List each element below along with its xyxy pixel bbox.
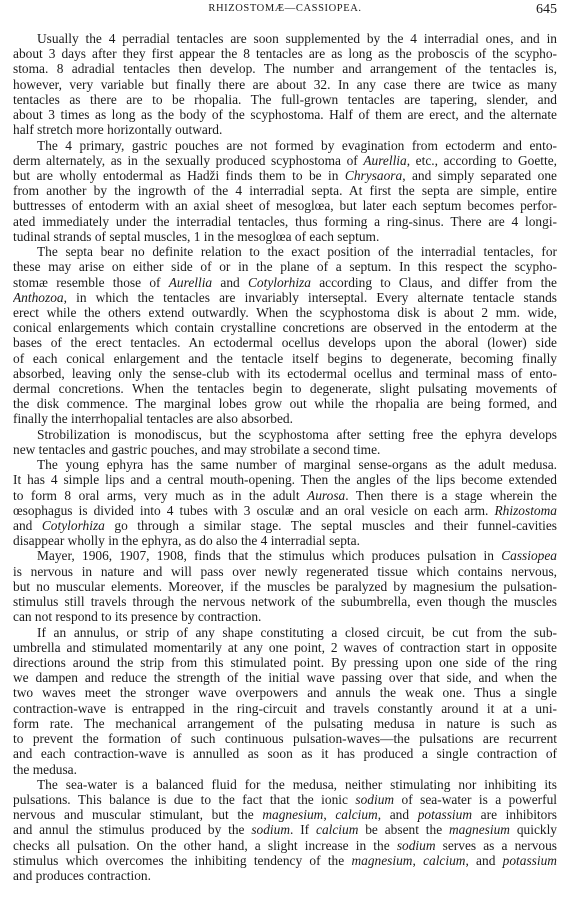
- text-run: of each conical enlargement and the tent…: [13, 351, 557, 366]
- text-line: pulsations. This balance is due to the f…: [13, 792, 557, 807]
- italic-term: potassium: [503, 853, 557, 868]
- italic-term: Aurellia: [363, 153, 406, 168]
- italic-term: sodium: [397, 838, 436, 853]
- text-line: of each conical enlargement and the tent…: [13, 351, 557, 366]
- text-run: half stretch more horizontally outward.: [13, 122, 222, 137]
- text-run: tentacles as there are to be rhopalia. T…: [13, 92, 557, 107]
- text-run: The sea-water is a balanced fluid for th…: [37, 777, 557, 792]
- text-run: serves as a nervous: [436, 838, 557, 853]
- text-run: finally the interrhopalial tentacles are…: [13, 411, 293, 426]
- text-line: stimulus which overcomes the inhibiting …: [13, 853, 557, 868]
- text-run: , and simply separated one: [402, 168, 557, 183]
- text-line: is nervous in nature and will pass over …: [13, 564, 557, 579]
- italic-term: Anthozoa: [13, 290, 64, 305]
- text-run: is nervous in nature and will pass over …: [13, 564, 557, 579]
- text-run: . If: [290, 822, 316, 837]
- text-line: œsophagus is divided into 4 tubes with 3…: [13, 503, 557, 518]
- text-run: Mayer, 1906, 1907, 1908, finds that the …: [37, 548, 501, 563]
- page-body: Usually the 4 perradial tentacles are so…: [13, 31, 557, 883]
- text-run: If an annulus, or strip of any shape con…: [37, 625, 557, 640]
- text-line: bases of the erect tentacles. An ectoder…: [13, 335, 557, 350]
- text-line: erect while the others extend outwardly.…: [13, 305, 557, 320]
- text-run: to form 8 oral arms, very much as in the…: [13, 488, 307, 503]
- text-run: can not respond to its presence by contr…: [13, 609, 261, 624]
- text-line: but are wholly entodermal as Hadži finds…: [13, 168, 557, 183]
- text-run: Usually the 4 perradial tentacles are so…: [37, 31, 557, 46]
- text-line: derm alternately, as in the sexually pro…: [13, 153, 557, 168]
- italic-term: magnesium: [449, 822, 510, 837]
- italic-term: Rhizostoma: [495, 503, 558, 518]
- text-run: and annul the stimulus produced by the: [13, 822, 251, 837]
- text-run: from another by the ingrowth of the 4 in…: [13, 183, 557, 198]
- text-run: according to Claus, and differ from the: [311, 275, 557, 290]
- text-line: tentacles as there are to be rhopalia. T…: [13, 92, 557, 107]
- text-line: The septa bear no definite relation to t…: [13, 244, 557, 259]
- text-line: about 3 times as long as the body of the…: [13, 107, 557, 122]
- text-line: but no muscular elements. Moreover, if t…: [13, 579, 557, 594]
- text-run: ,: [412, 853, 423, 868]
- text-run: tudinal strands of septal muscles, 1 in …: [13, 229, 379, 244]
- text-line: nervous and muscular stimulant, but the …: [13, 807, 557, 822]
- page-header: RHIZOSTOMÆ—CASSIOPEA. 645: [0, 3, 570, 19]
- text-run: contraction-wave is entrapped in the rin…: [13, 701, 557, 716]
- text-run: about 3 days after they first appear the…: [13, 46, 557, 61]
- text-run: buttresses of entoderm with an axial she…: [13, 198, 557, 213]
- running-head: RHIZOSTOMÆ—CASSIOPEA.: [0, 3, 570, 14]
- paragraph: If an annulus, or strip of any shape con…: [13, 625, 557, 777]
- text-run: erect while the others extend outwardly.…: [13, 305, 557, 320]
- text-run: The 4 primary, gastric pouches are not f…: [37, 138, 557, 153]
- text-run: and produces contraction.: [13, 868, 151, 883]
- text-run: but are wholly entodermal as Hadži finds…: [13, 168, 345, 183]
- text-run: , etc., according to Goette,: [407, 153, 557, 168]
- text-line: conical enlargements which contain cryst…: [13, 320, 557, 335]
- text-line: Strobilization is monodiscus, but the sc…: [13, 427, 557, 442]
- text-line: absorbed, leaving only the sense-club wi…: [13, 366, 557, 381]
- paragraph: The septa bear no definite relation to t…: [13, 244, 557, 427]
- text-run: the disk commence. The marginal lobes gr…: [13, 396, 557, 411]
- italic-term: Aurellia: [169, 275, 212, 290]
- text-run: stomæ resemble those of: [13, 275, 169, 290]
- text-line: stoma. 8 adradial tentacles then develop…: [13, 61, 557, 76]
- italic-term: Cotylorhiza: [248, 275, 311, 290]
- text-run: , in which the tentacles are invariably …: [64, 290, 557, 305]
- paragraph: The sea-water is a balanced fluid for th…: [13, 777, 557, 884]
- text-run: ated immediately under the interradial t…: [13, 214, 557, 229]
- text-line: we dampen and reduce the strength of the…: [13, 670, 557, 685]
- text-run: and: [13, 518, 42, 533]
- text-run: absorbed, leaving only the sense-club wi…: [13, 366, 557, 381]
- text-run: we dampen and reduce the strength of the…: [13, 670, 557, 685]
- text-line: finally the interrhopalial tentacles are…: [13, 411, 557, 426]
- text-run: Strobilization is monodiscus, but the sc…: [37, 427, 557, 442]
- paragraph: Mayer, 1906, 1907, 1908, finds that the …: [13, 548, 557, 624]
- text-run: stimulus still travels through the nervo…: [13, 594, 557, 609]
- italic-term: Cassiopea: [501, 548, 557, 563]
- text-run: stimulus which overcomes the inhibiting …: [13, 853, 351, 868]
- text-run: but no muscular elements. Moreover, if t…: [13, 579, 557, 594]
- italic-term: calcium: [423, 853, 465, 868]
- text-run: umbrella and stimulated momentarily at a…: [13, 640, 557, 655]
- text-line: The young ephyra has the same number of …: [13, 457, 557, 472]
- italic-term: calcium: [316, 822, 358, 837]
- text-line: and Cotylorhiza go through a similar sta…: [13, 518, 557, 533]
- paragraph: Usually the 4 perradial tentacles are so…: [13, 31, 557, 138]
- italic-term: magnesium: [351, 853, 412, 868]
- text-line: these may arise on either side of or in …: [13, 259, 557, 274]
- text-run: ,: [323, 807, 335, 822]
- text-run: conical enlargements which contain cryst…: [13, 320, 557, 335]
- italic-term: calcium: [335, 807, 377, 822]
- italic-term: Chrysaora: [345, 168, 402, 183]
- text-run: It has 4 simple lips and a central mouth…: [13, 472, 557, 487]
- text-run: stoma. 8 adradial tentacles then develop…: [13, 61, 557, 76]
- text-line: Usually the 4 perradial tentacles are so…: [13, 31, 557, 46]
- text-line: disappear wholly in the ephyra, as do al…: [13, 533, 557, 548]
- text-run: however, very variable but finally there…: [13, 77, 557, 92]
- text-line: buttresses of entoderm with an axial she…: [13, 198, 557, 213]
- text-line: ated immediately under the interradial t…: [13, 214, 557, 229]
- text-run: are inhibitors: [472, 807, 557, 822]
- text-run: new tentacles and gastric pouches, and m…: [13, 442, 380, 457]
- italic-term: sodium: [355, 792, 394, 807]
- text-run: two waves meet the stronger wave overpow…: [13, 685, 557, 700]
- text-run: checks all pulsation. On the other hand,…: [13, 838, 397, 853]
- text-line: Mayer, 1906, 1907, 1908, finds that the …: [13, 548, 557, 563]
- text-run: of sea-water is a powerful: [394, 792, 557, 807]
- text-line: tudinal strands of septal muscles, 1 in …: [13, 229, 557, 244]
- text-run: , and: [378, 807, 418, 822]
- text-run: The young ephyra has the same number of …: [37, 457, 557, 472]
- text-line: It has 4 simple lips and a central mouth…: [13, 472, 557, 487]
- text-run: disappear wholly in the ephyra, as do al…: [13, 533, 360, 548]
- text-line: form rate. The mechanical arrangement of…: [13, 716, 557, 731]
- text-run: to prevent the formation of such continu…: [13, 731, 557, 746]
- text-line: stomæ resemble those of Aurellia and Cot…: [13, 275, 557, 290]
- text-line: stimulus still travels through the nervo…: [13, 594, 557, 609]
- text-line: and each contraction-wave is annulled as…: [13, 746, 557, 761]
- text-line: and annul the stimulus produced by the s…: [13, 822, 557, 837]
- text-line: dermal concretions. When the tentacles b…: [13, 381, 557, 396]
- text-line: can not respond to its presence by contr…: [13, 609, 557, 624]
- text-line: half stretch more horizontally outward.: [13, 122, 557, 137]
- text-line: new tentacles and gastric pouches, and m…: [13, 442, 557, 457]
- text-run: directions around the strip from this st…: [13, 655, 557, 670]
- text-line: If an annulus, or strip of any shape con…: [13, 625, 557, 640]
- text-line: however, very variable but finally there…: [13, 77, 557, 92]
- text-run: and: [212, 275, 248, 290]
- text-line: checks all pulsation. On the other hand,…: [13, 838, 557, 853]
- text-run: the medusa.: [13, 762, 77, 777]
- text-run: bases of the erect tentacles. An ectoder…: [13, 335, 557, 350]
- italic-term: magnesium: [262, 807, 323, 822]
- text-run: be absent the: [358, 822, 449, 837]
- text-run: derm alternately, as in the sexually pro…: [13, 153, 363, 168]
- text-line: to prevent the formation of such continu…: [13, 731, 557, 746]
- text-line: The 4 primary, gastric pouches are not f…: [13, 138, 557, 153]
- text-line: directions around the strip from this st…: [13, 655, 557, 670]
- paragraph: The 4 primary, gastric pouches are not f…: [13, 138, 557, 245]
- text-run: about 3 times as long as the body of the…: [13, 107, 557, 122]
- text-line: Anthozoa, in which the tentacles are inv…: [13, 290, 557, 305]
- italic-term: Cotylorhiza: [42, 518, 105, 533]
- text-line: to form 8 oral arms, very much as in the…: [13, 488, 557, 503]
- text-run: dermal concretions. When the tentacles b…: [13, 381, 557, 396]
- text-run: form rate. The mechanical arrangement of…: [13, 716, 557, 731]
- page-number: 645: [536, 2, 557, 18]
- text-run: quickly: [510, 822, 557, 837]
- text-line: two waves meet the stronger wave overpow…: [13, 685, 557, 700]
- text-run: The septa bear no definite relation to t…: [37, 244, 557, 259]
- text-run: nervous and muscular stimulant, but the: [13, 807, 262, 822]
- italic-term: Aurosa: [307, 488, 345, 503]
- text-run: these may arise on either side of or in …: [13, 259, 557, 274]
- text-line: from another by the ingrowth of the 4 in…: [13, 183, 557, 198]
- text-run: pulsations. This balance is due to the f…: [13, 792, 355, 807]
- text-line: The sea-water is a balanced fluid for th…: [13, 777, 557, 792]
- text-line: umbrella and stimulated momentarily at a…: [13, 640, 557, 655]
- text-run: . Then there is a stage wherein the: [345, 488, 557, 503]
- text-run: go through a similar stage. The septal m…: [105, 518, 557, 533]
- text-line: about 3 days after they first appear the…: [13, 46, 557, 61]
- text-run: and each contraction-wave is annulled as…: [13, 746, 557, 761]
- text-line: the medusa.: [13, 762, 557, 777]
- italic-term: sodium: [251, 822, 290, 837]
- text-line: contraction-wave is entrapped in the rin…: [13, 701, 557, 716]
- text-line: and produces contraction.: [13, 868, 557, 883]
- italic-term: potassium: [418, 807, 472, 822]
- text-line: the disk commence. The marginal lobes gr…: [13, 396, 557, 411]
- paragraph: Strobilization is monodiscus, but the sc…: [13, 427, 557, 457]
- text-run: œsophagus is divided into 4 tubes with 3…: [13, 503, 495, 518]
- text-run: , and: [465, 853, 502, 868]
- paragraph: The young ephyra has the same number of …: [13, 457, 557, 548]
